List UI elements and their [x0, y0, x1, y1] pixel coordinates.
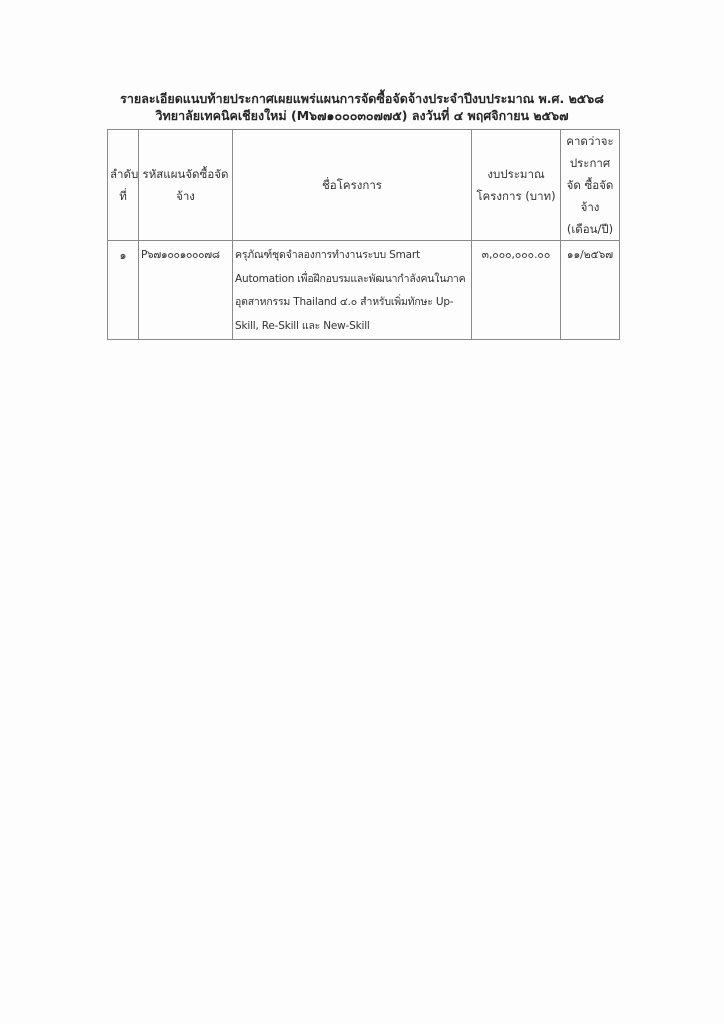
cell-project-name: ครุภัณฑ์ชุดจำลองการทำงานระบบ Smart Autom…	[233, 241, 472, 340]
procurement-plan-table: ลำดับ ที่ รหัสแผนจัดซื้อจัด จ้าง ชื่อโคร…	[107, 129, 620, 340]
cell-budget: ๓,๐๐๐,๐๐๐.๐๐	[472, 241, 561, 340]
table-row: ๑ P๖๗๑๐๐๑๐๐๐๗๘ ครุภัณฑ์ชุดจำลองการทำงานร…	[108, 241, 620, 340]
header-plan-code: รหัสแผนจัดซื้อจัด จ้าง	[139, 130, 233, 241]
cell-no: ๑	[108, 241, 139, 340]
table-header-row: ลำดับ ที่ รหัสแผนจัดซื้อจัด จ้าง ชื่อโคร…	[108, 130, 620, 241]
header-no: ลำดับ ที่	[108, 130, 139, 241]
header-project-name: ชื่อโครงการ	[233, 130, 472, 241]
header-budget: งบประมาณ โครงการ (บาท)	[472, 130, 561, 241]
document-subtitle: วิทยาลัยเทคนิคเชียงใหม่ (M๖๗๑๐๐๐๓๐๗๗๕) ล…	[0, 106, 724, 126]
cell-plan-code: P๖๗๑๐๐๑๐๐๐๗๘	[139, 241, 233, 340]
header-expected-date: คาดว่าจะ ประกาศจัด ซื้อจัดจ้าง (เดือน/ปี…	[561, 130, 620, 241]
cell-expected-date: ๑๑/๒๕๖๗	[561, 241, 620, 340]
